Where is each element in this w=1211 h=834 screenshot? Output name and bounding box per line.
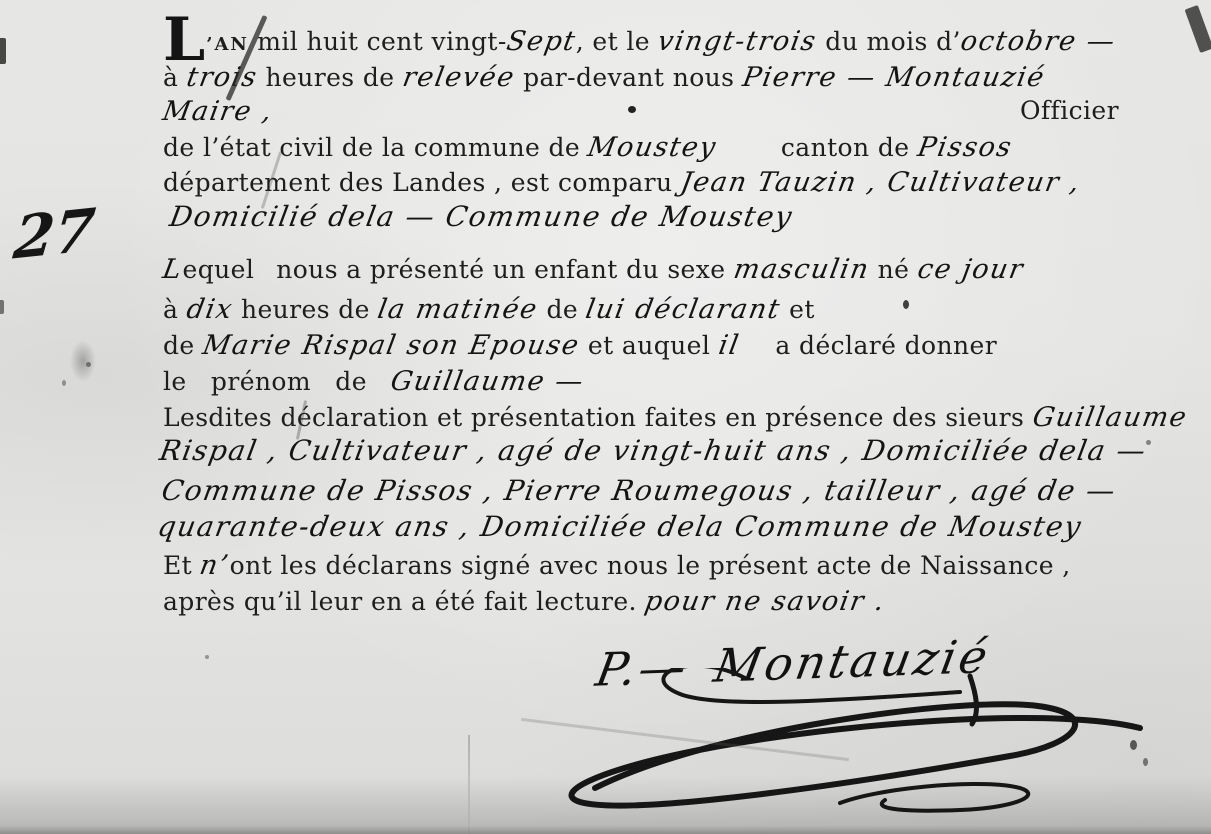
handwritten-entry-witness1-firstname: Guillaume — [1030, 402, 1190, 433]
handwritten-entry-morning: la matinée — [376, 294, 541, 325]
handwritten-entry-mother: Marie Rispal son Epouse — [200, 330, 582, 361]
printed-text: le prénom de — [163, 367, 391, 396]
printed-text: département des Landes , est comparu — [163, 168, 681, 197]
printed-text: et auquel — [580, 331, 719, 360]
handwritten-entry-title: Maire , — [160, 96, 275, 127]
act-line-2: à trois heures de relevée par-devant nou… — [163, 62, 1045, 93]
ink-dot — [1130, 740, 1137, 750]
handwritten-entry-witness2-details: Commune de Pissos , Pierre Roumegous , t… — [159, 474, 1119, 507]
printed-text: nous a présenté un enfant du sexe — [276, 255, 734, 284]
printed-text: à — [163, 295, 187, 324]
printed-text: equel — [183, 255, 255, 284]
printed-text: ont les déclarans signé avec nous le pré… — [230, 551, 1071, 580]
dropcap-initial: L — [163, 16, 205, 64]
handwritten-entry-pronoun: il — [716, 330, 742, 361]
handwritten-entry-cannot-sign: pour ne savoir . — [642, 586, 888, 617]
act-line-13: Commune de Pissos , Pierre Roumegous , t… — [162, 474, 1116, 507]
printed-text: canton de — [781, 133, 918, 162]
act-line-14: quarante-deux ans , Domiciliée dela Comm… — [158, 510, 1082, 543]
printed-text: a déclaré donner — [767, 331, 997, 360]
handwritten-entry-canton: Pissos — [915, 132, 1015, 163]
handwritten-entry-negation: n’ — [198, 550, 233, 581]
handwritten-entry-hour: trois — [184, 62, 260, 93]
act-line-4: de l’état civil de la commune de Moustey… — [163, 132, 1012, 163]
handwritten-entry-witness1-details: Rispal , Cultivateur , agé de vingt-huit… — [157, 434, 1149, 467]
printed-text: à — [163, 63, 187, 92]
handwritten-entry-declarant: Jean Tauzin , Cultivateur , — [678, 167, 1083, 198]
printed-text: par-devant nous — [515, 63, 743, 92]
act-line-15: Et n’ont les déclarans signé avec nous l… — [163, 550, 1071, 581]
document-scan: 27 L’AN mil huit cent vingt-Sept, et le … — [0, 0, 1211, 834]
ink-smudge — [70, 340, 96, 382]
signature-flourish — [540, 668, 1180, 834]
act-line-9: de Marie Rispal son Epouse et auquel il … — [163, 330, 997, 361]
ink-dot — [1146, 440, 1151, 445]
handwritten-entry-day: vingt-trois — [656, 26, 820, 57]
act-margin-number: 27 — [11, 195, 99, 273]
handwritten-initial: L — [160, 254, 185, 285]
scan-edge-mark — [0, 300, 4, 314]
printed-text: heures de — [233, 295, 379, 324]
printed-text: ’AN — [206, 34, 249, 55]
act-line-16: après qu’il leur en a été fait lecture. … — [163, 586, 885, 617]
printed-text: né — [869, 255, 917, 284]
act-line-5: département des Landes , est comparu Jea… — [163, 167, 1080, 198]
printed-text: de — [538, 295, 586, 324]
act-line-12: Rispal , Cultivateur , agé de vingt-huit… — [160, 434, 1147, 467]
printed-text: de l’état civil de la commune de — [163, 133, 588, 162]
printed-text: Lesdites déclaration et présentation fai… — [163, 403, 1033, 432]
ink-dot — [62, 380, 66, 386]
handwritten-entry-father: lui déclarant — [584, 294, 784, 325]
printed-text: et — [781, 295, 815, 324]
handwritten-entry-month: octobre — — [958, 26, 1118, 57]
act-line-10: le prénom de Guillaume — — [163, 366, 584, 397]
ink-dot — [86, 362, 91, 367]
printed-text: heures de — [257, 63, 403, 92]
act-line-3: Maire , Officier — [163, 96, 1203, 127]
handwritten-entry-commune: Moustey — [586, 132, 720, 163]
printed-text: mil huit cent vingt- — [249, 27, 507, 56]
ink-dot — [628, 106, 636, 113]
ink-dot — [903, 300, 909, 309]
ink-dot — [1143, 758, 1148, 766]
handwritten-entry-witness2-residence: quarante-deux ans , Domiciliée dela Comm… — [155, 510, 1085, 543]
printed-text: Et — [163, 551, 200, 580]
act-line-11: Lesdites déclaration et présentation fai… — [163, 402, 1187, 433]
printed-text: de — [163, 331, 203, 360]
ink-dot — [205, 655, 209, 659]
act-line-8: à dix heures de la matinée de lui déclar… — [163, 294, 815, 325]
printed-text-officier: Officier — [1020, 96, 1119, 125]
handwritten-entry-given-name: Guillaume — — [389, 366, 588, 397]
paper-crease — [468, 735, 470, 834]
act-line-1: L’AN mil huit cent vingt-Sept, et le vin… — [163, 16, 1115, 64]
handwritten-entry-birth-hour: dix — [184, 294, 235, 325]
printed-text: , et le — [576, 27, 659, 56]
scan-edge-mark — [0, 38, 6, 64]
printed-text: après qu’il leur en a été fait lecture. — [163, 587, 645, 616]
handwritten-entry-officer-name: Pierre — Montauzié — [740, 62, 1047, 93]
handwritten-entry-time-of-day: relevée — [400, 62, 517, 93]
scan-corner-mark — [1185, 5, 1211, 53]
printed-text: du mois d’ — [817, 27, 961, 56]
handwritten-entry-birthday: ce jour — [915, 254, 1026, 285]
handwritten-entry-year: Sept — [504, 26, 578, 57]
act-line-7: Lequelnous a présenté un enfant du sexe … — [163, 254, 1024, 285]
handwritten-entry-sex: masculin — [731, 254, 872, 285]
